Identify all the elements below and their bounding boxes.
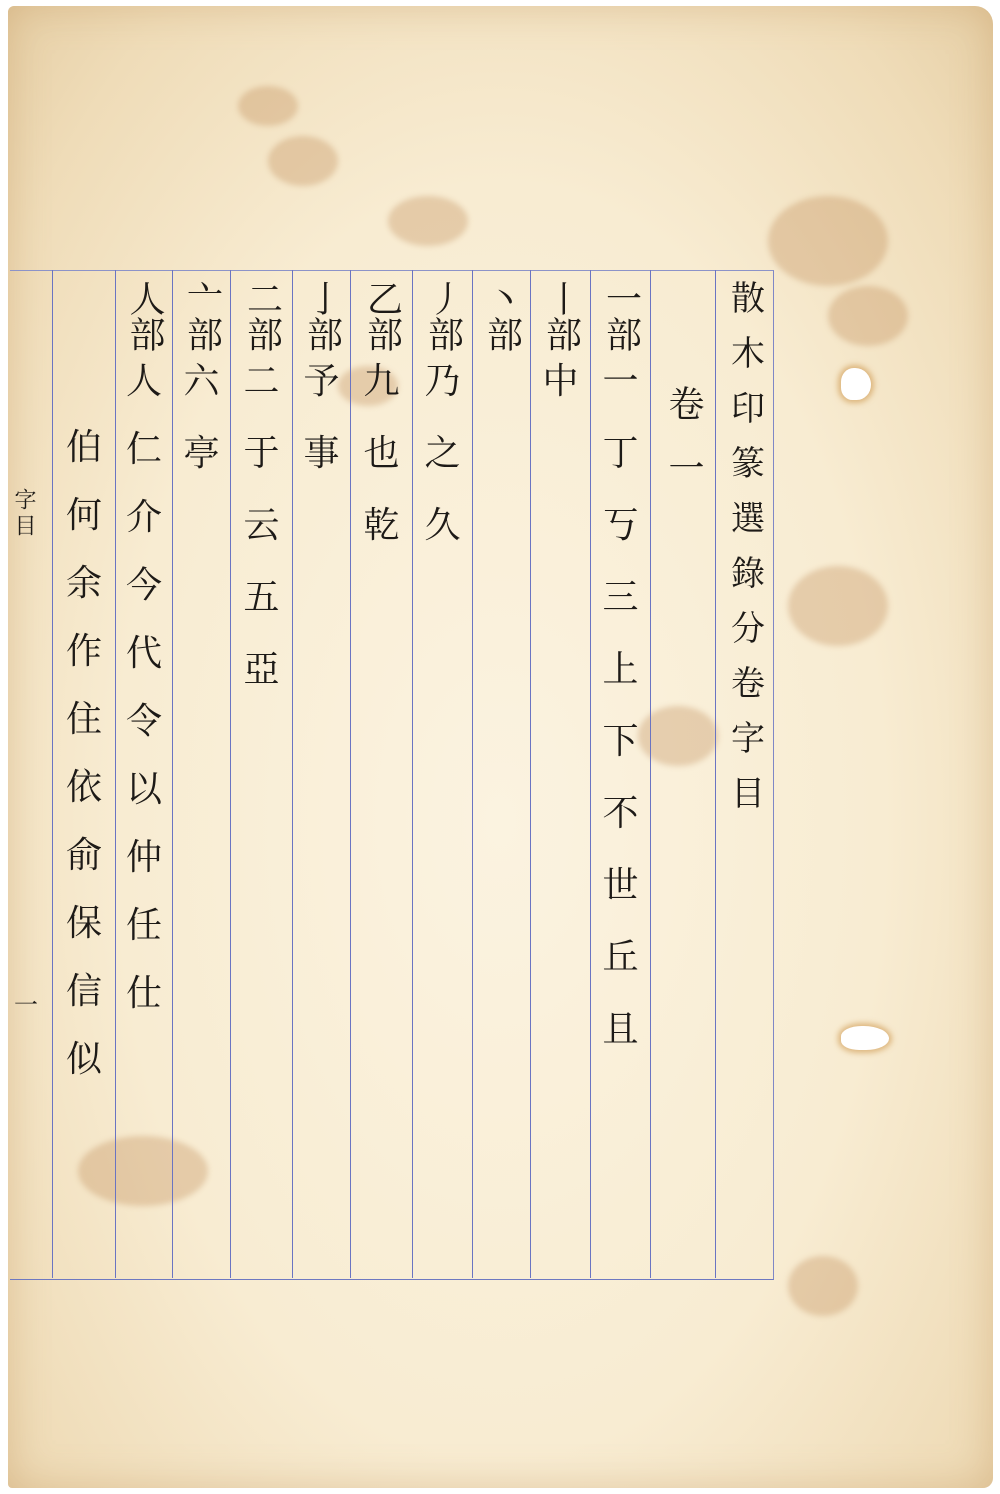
radical-label: 二部	[244, 280, 280, 352]
character: 余	[66, 566, 102, 634]
character: 丁	[602, 436, 638, 508]
character: 俞	[66, 838, 102, 906]
character: 九	[363, 364, 399, 436]
stain	[268, 136, 338, 186]
character: 不	[602, 796, 638, 868]
character: 上	[602, 652, 638, 724]
radical-column-pie: 丿部 乃 之 久	[413, 280, 472, 580]
radical-column-ren: 人部 人 仁 介 今 代 令 以 仲 任 仕	[116, 280, 172, 1044]
character: 仁	[126, 432, 162, 500]
radical-label: 亅部	[304, 280, 340, 352]
stain	[788, 566, 888, 646]
character: 人	[126, 364, 162, 432]
character: 介	[126, 500, 162, 568]
character: 任	[126, 908, 162, 976]
character: 以	[126, 772, 162, 840]
radical-label: 人部	[126, 280, 162, 352]
radical-column-yi: 一部 一 丁 丂 三 上 下 不 世 丘 且	[591, 280, 650, 1084]
radical-label: 丿部	[425, 280, 461, 352]
stain	[828, 286, 908, 346]
radical-column-yi2: 乙部 九 也 乾	[351, 280, 412, 580]
character: 予	[303, 364, 339, 436]
worm-hole	[841, 368, 871, 400]
radical-label: 乙部	[364, 280, 400, 352]
radical-column-er: 二部 二 于 云 五 亞	[231, 280, 292, 724]
character: 下	[602, 724, 638, 796]
character: 乃	[424, 364, 460, 436]
character: 五	[243, 580, 279, 652]
character: 六	[183, 364, 219, 436]
character: 仲	[126, 840, 162, 908]
volume-column: 卷一	[651, 385, 715, 513]
title-text: 散木印篆選錄分卷字目	[728, 280, 762, 830]
character: 久	[424, 508, 460, 580]
title-column: 散木印篆選錄分卷字目	[716, 280, 773, 830]
character: 中	[542, 364, 578, 436]
stain	[388, 196, 468, 246]
character: 亞	[243, 652, 279, 724]
character: 也	[363, 436, 399, 508]
stain	[788, 1256, 858, 1316]
radical-column-ren-continued: 伯 何 余 作 住 依 俞 保 信 似	[53, 430, 115, 1110]
rule-line	[472, 270, 473, 1278]
character: 依	[66, 770, 102, 838]
character: 丂	[602, 508, 638, 580]
character: 伯	[66, 430, 102, 498]
stain	[238, 86, 298, 126]
radical-column-tou: 亠部 六 亭	[173, 280, 230, 508]
character: 丘	[602, 940, 638, 1012]
character: 何	[66, 498, 102, 566]
character: 今	[126, 568, 162, 636]
radical-column-jue: 亅部 予 事	[293, 280, 350, 508]
margin-label: 字目	[8, 488, 39, 540]
character: 三	[602, 580, 638, 652]
character: 亭	[183, 436, 219, 508]
character: 一	[602, 364, 638, 436]
character: 信	[66, 974, 102, 1042]
character: 且	[602, 1012, 638, 1084]
character: 乾	[363, 508, 399, 580]
radical-column-zhu: 丶部	[473, 280, 530, 352]
character: 世	[602, 868, 638, 940]
radical-column-gun: 丨部 中	[531, 280, 590, 436]
character: 代	[126, 636, 162, 704]
stain	[768, 196, 888, 286]
character: 作	[66, 634, 102, 702]
radical-label: 丨部	[543, 280, 579, 352]
radical-label: 一部	[603, 280, 639, 352]
character: 似	[66, 1042, 102, 1110]
character: 住	[66, 702, 102, 770]
radical-label: 丶部	[484, 280, 520, 352]
character: 之	[424, 436, 460, 508]
radical-label: 亠部	[184, 280, 220, 352]
character: 云	[243, 508, 279, 580]
worm-hole	[841, 1026, 889, 1050]
character: 于	[243, 436, 279, 508]
character: 仕	[126, 976, 162, 1044]
character: 保	[66, 906, 102, 974]
character: 令	[126, 704, 162, 772]
character: 二	[243, 364, 279, 436]
character: 事	[303, 436, 339, 508]
volume-label: 卷一	[665, 385, 701, 513]
page-number: 一	[14, 985, 38, 1020]
